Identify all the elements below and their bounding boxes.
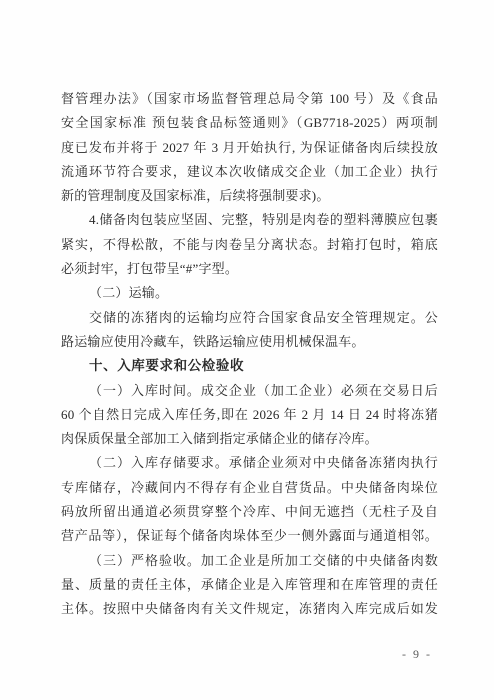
text-line: 路运输应使用冷藏车，铁路运输应使用机械保温车。	[61, 330, 438, 354]
text-line: （一）入库时间。成交企业（加工企业）必须在交易日后	[61, 379, 438, 403]
text-line: 专库储存，冷藏间内不得存有企业自营货品。中央储备肉垛位	[61, 476, 438, 500]
text-line: 肉保质保量全部加工入储到指定承储企业的储存冷库。	[61, 427, 438, 451]
text-line: 紧实，不得松散，不能与肉卷呈分离状态。封箱打包时，箱底	[61, 233, 438, 257]
text-line: （二）入库存储要求。承储企业须对中央储备冻猪肉执行	[61, 451, 438, 475]
text-line: 交储的冻猪肉的运输均应符合国家食品安全管理规定。公	[61, 306, 438, 330]
text-line: 4.储备肉包装应坚固、完整，特别是肉卷的塑料薄膜应包裹	[61, 208, 438, 232]
text-line: （三）严格验收。加工企业是所加工交储的中央储备肉数	[61, 549, 438, 573]
text-line: 流通环节符合要求，建议本次收储成交企业（加工企业）执行	[61, 160, 438, 184]
text-line: 新的管理制度及国家标准，后续将强制要求)。	[61, 184, 438, 208]
text-line: 量、质量的责任主体，承储企业是入库管理和在库管理的责任	[61, 573, 438, 597]
text-line: 60 个自然日完成入库任务,即在 2026 年 2 月 14 日 24 时将冻猪	[61, 403, 438, 427]
section-heading: 十、入库要求和公检验收	[61, 354, 438, 378]
text-line: 营产品等），保证每个储备肉垛体至少一侧外露面与通道相邻。	[61, 524, 438, 548]
text-line: 主体。按照中央储备肉有关文件规定，冻猪肉入库完成后如发	[61, 597, 438, 621]
document-body: 督管理办法》（国家市场监督管理总局令第 100 号）及《食品 安全国家标准 预包…	[61, 87, 438, 622]
text-line: 码放所留出通道必须贯穿整个冷库、中间无遮挡（无柱子及自	[61, 500, 438, 524]
text-line: 必须封牢，打包带呈“#”字型。	[61, 257, 438, 281]
document-page: 督管理办法》（国家市场监督管理总局令第 100 号）及《食品 安全国家标准 预包…	[0, 0, 494, 700]
text-line: 度已发布并将于 2027 年 3 月开始执行, 为保证储备肉后续投放	[61, 136, 438, 160]
text-line: 安全国家标准 预包装食品标签通则》（GB7718-2025）两项制	[61, 111, 438, 135]
text-line: 督管理办法》（国家市场监督管理总局令第 100 号）及《食品	[61, 87, 438, 111]
text-line: （二）运输。	[61, 281, 438, 305]
page-number: - 9 -	[393, 647, 441, 662]
